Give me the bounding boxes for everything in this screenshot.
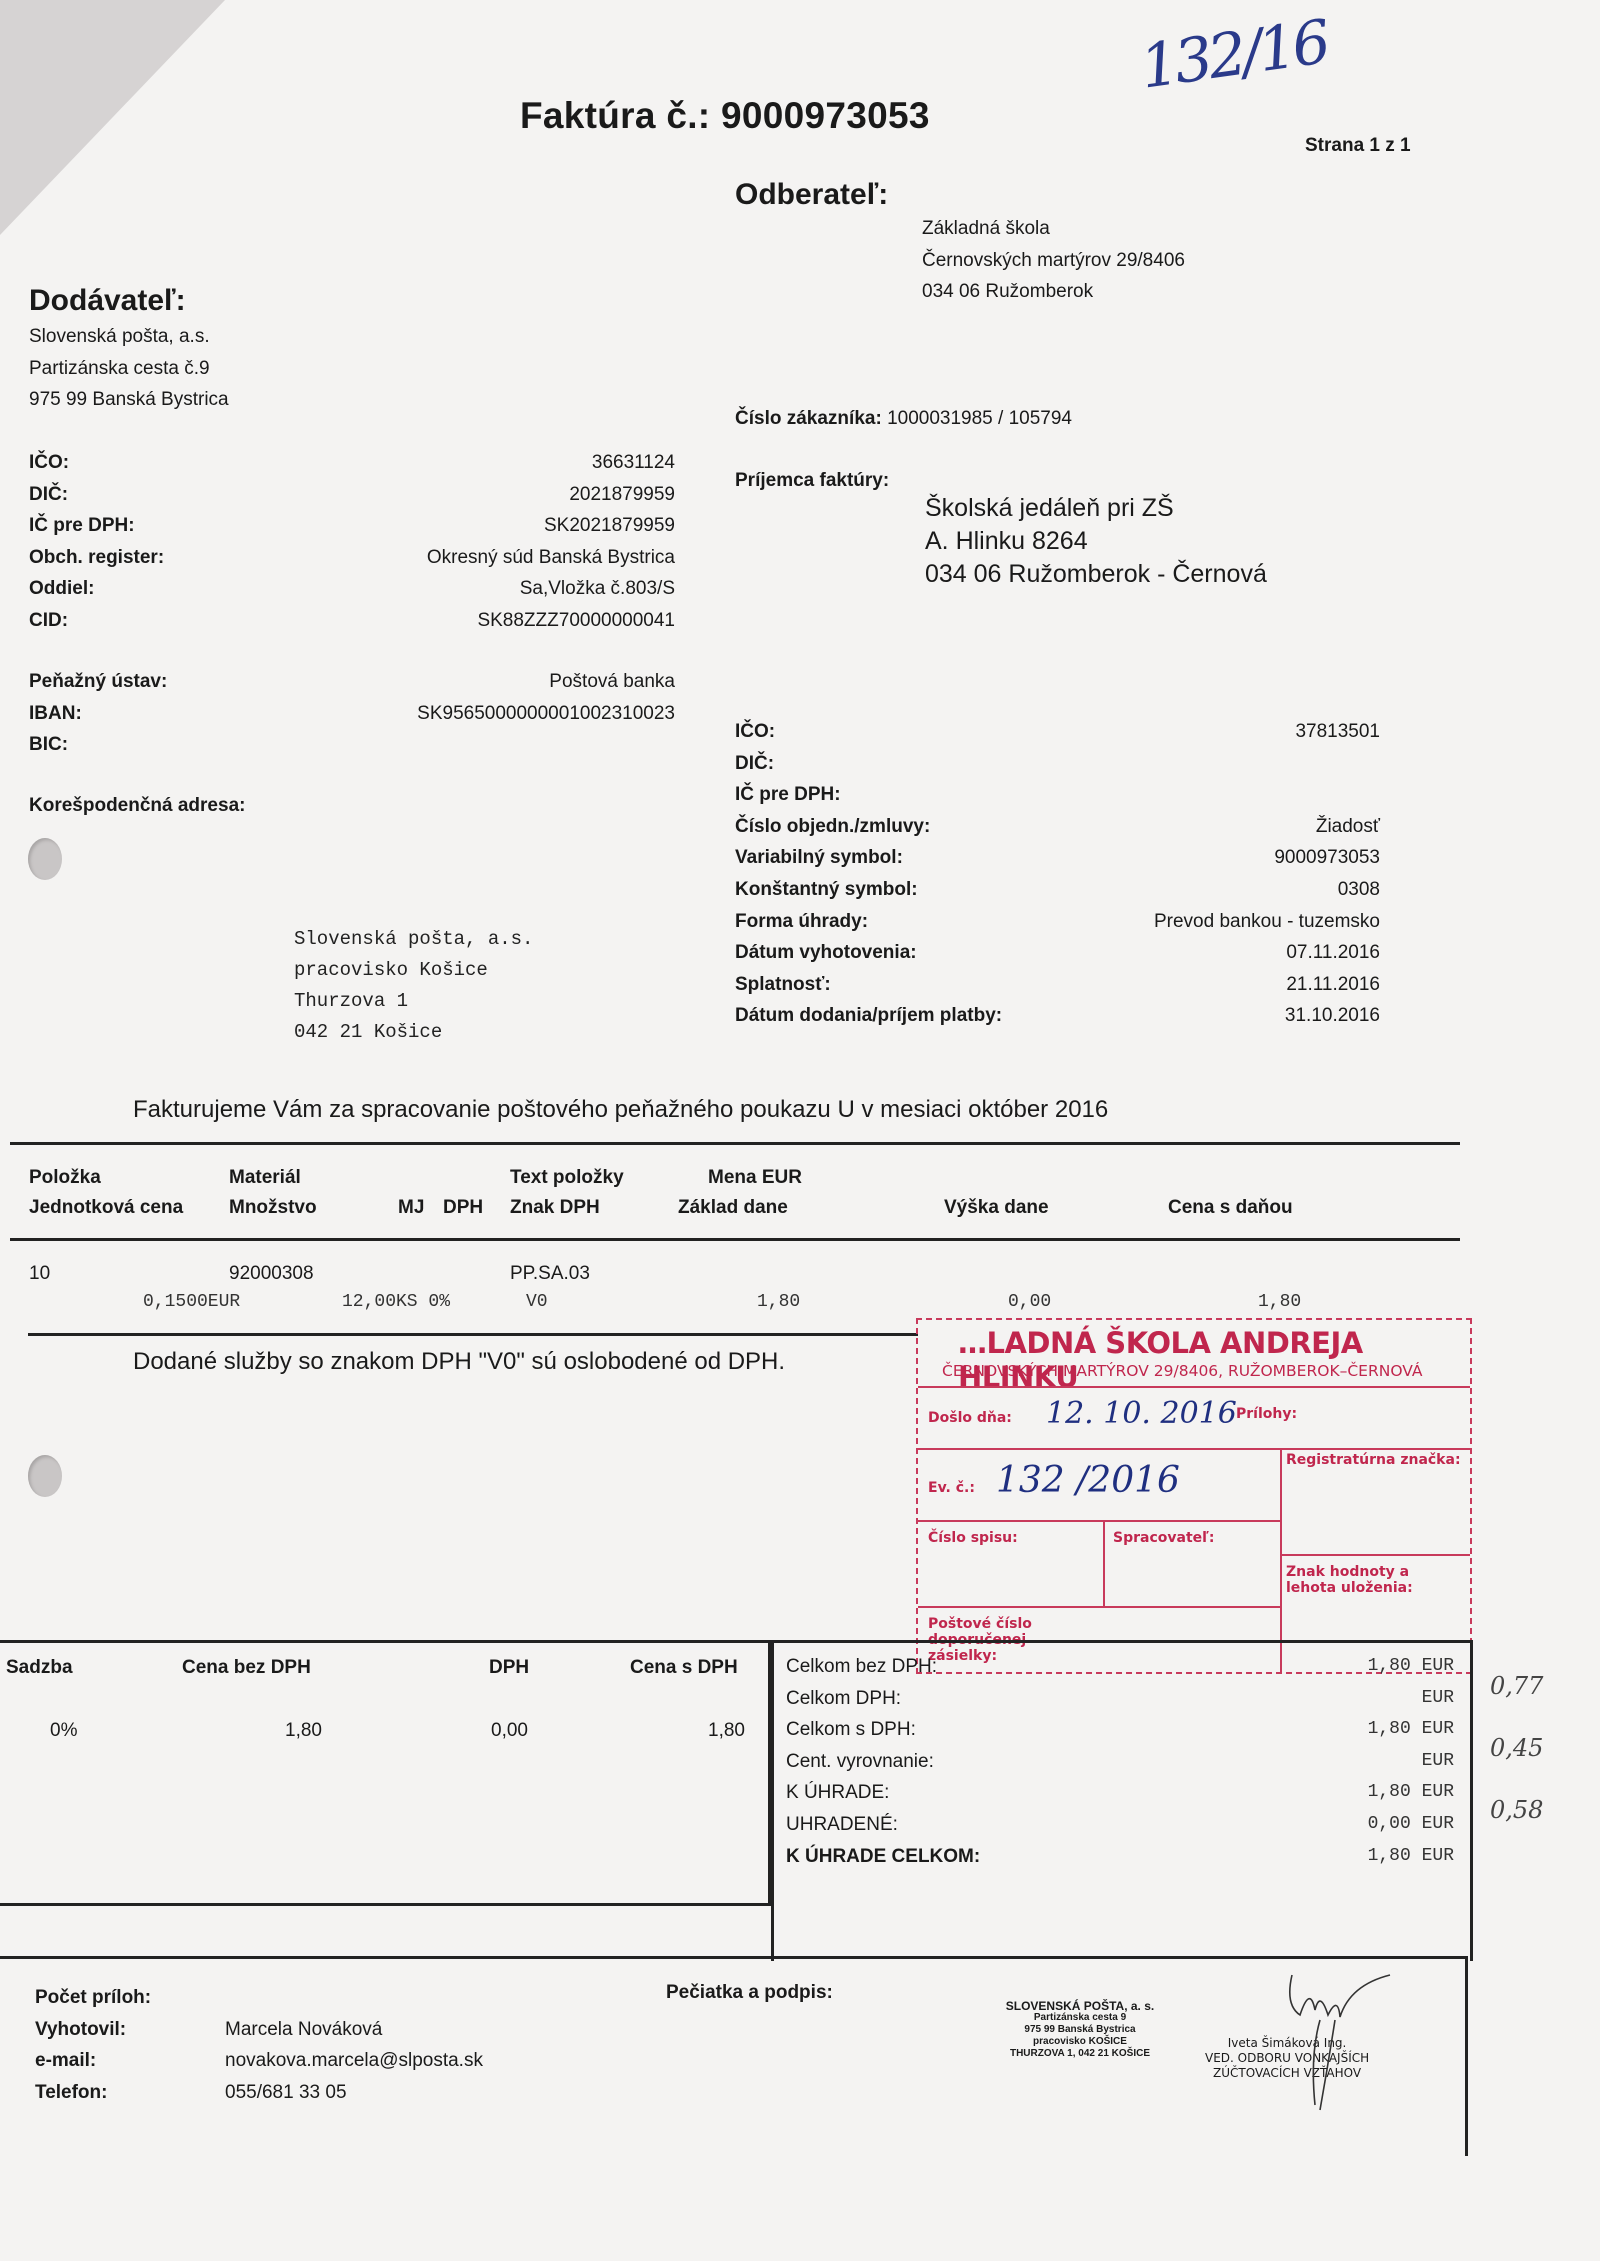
col-header-item: Položka [29, 1167, 101, 1189]
cell-unit-price: 0,1500EUR [143, 1292, 240, 1312]
totals-value: EUR [1422, 1683, 1454, 1715]
recipient-line: A. Hlinku 8264 [925, 525, 1267, 558]
page-indicator: Strana 1 z 1 [1305, 135, 1411, 157]
stamp-address: ČERNOVSKÝCH MARTÝROV 29/8406, RUŽOMBEROK… [942, 1362, 1423, 1380]
seal-line: Partizánska cesta 9 [1000, 2012, 1160, 2024]
totals-row: Cent. vyrovnanie:EUR [786, 1746, 1454, 1778]
supplier-field: DIČ:2021879959 [29, 479, 675, 511]
invoice-title: Faktúra č.: 9000973053 [520, 95, 930, 137]
supplier-field: Oddiel:Sa,Vložka č.803/S [29, 573, 675, 605]
stamp-value-mark-label: Znak hodnoty a lehota uloženia: [1286, 1564, 1456, 1596]
totals-label: UHRADENÉ: [786, 1809, 898, 1841]
seal-line: THURZOVA 1, 042 21 KOŠICE [1000, 2048, 1160, 2060]
stamp-registry-mark-label: Registratúrna značka: [1286, 1452, 1461, 1468]
totals-value: 1,80 EUR [1368, 1841, 1454, 1873]
totals-value: 0,00 EUR [1368, 1809, 1454, 1841]
bank-field: IBAN:SK9565000000001002310023 [29, 698, 675, 730]
vat-cell-vat: 0,00 [491, 1720, 528, 1742]
totals-value: 1,80 EUR [1368, 1777, 1454, 1809]
margin-note: 0,45 [1490, 1717, 1543, 1779]
correspondence-line: Thurzova 1 [294, 986, 533, 1017]
registry-stamp: …LADNÁ ŠKOLA ANDREJA HLINKU ČERNOVSKÝCH … [916, 1318, 1472, 1674]
col-header-tax-base: Základ dane [678, 1197, 788, 1219]
divider [10, 1238, 1460, 1241]
divider [0, 1956, 1468, 1959]
totals-label: Celkom bez DPH: [786, 1651, 937, 1683]
punch-hole [28, 1455, 62, 1497]
cell-quantity: 12,00KS 0% [342, 1292, 450, 1312]
bank-field: Peňažný ústav:Poštová banka [29, 666, 675, 698]
vat-col-rate: Sadzba [6, 1657, 73, 1679]
totals-row: Celkom DPH:EUR [786, 1683, 1454, 1715]
totals-value: 1,80 EUR [1368, 1651, 1454, 1683]
col-header-unit-price: Jednotková cena [29, 1197, 183, 1219]
stamp-ev-label: Ev. č.: [928, 1480, 975, 1496]
stamp-received-date: 12. 10. 2016 [1046, 1396, 1237, 1431]
punch-hole [28, 838, 62, 880]
correspondence-line: pracovisko Košice [294, 955, 533, 986]
cell-tax-base: 1,80 [757, 1292, 800, 1312]
totals-row: UHRADENÉ:0,00 EUR [786, 1809, 1454, 1841]
vat-col-net: Cena bez DPH [182, 1657, 311, 1679]
customer-field: IČ pre DPH: [735, 779, 1380, 811]
cell-tax-amount: 0,00 [1008, 1292, 1051, 1312]
vat-summary-box [0, 1640, 771, 1906]
col-header-currency: Mena EUR [708, 1167, 802, 1189]
supplier-field: CID:SK88ZZZ70000000041 [29, 605, 675, 637]
customer-field: Splatnosť:21.11.2016 [735, 969, 1380, 1001]
handwritten-registry-number: 132/16 [1136, 7, 1331, 102]
footer-field: Vyhotovil:Marcela Nováková [35, 2014, 483, 2046]
correspondence-address: Slovenská pošta, a.s. pracovisko Košice … [294, 924, 533, 1048]
customer-number: Číslo zákazníka: 1000031985 / 105794 [735, 408, 1072, 430]
supplier-address-line: 975 99 Banská Bystrica [29, 384, 229, 416]
recipient-line: 034 06 Ružomberok - Černová [925, 558, 1267, 591]
stamp-processor-label: Spracovateľ: [1113, 1530, 1214, 1546]
customer-address-line: Základná škola [922, 213, 1185, 245]
vat-col-gross: Cena s DPH [630, 1657, 738, 1679]
totals-label: Celkom s DPH: [786, 1714, 916, 1746]
margin-note: 0,58 [1490, 1779, 1543, 1841]
stamp-received-label: Došlo dňa: [928, 1410, 1012, 1426]
correspondence-line: Slovenská pošta, a.s. [294, 924, 533, 955]
col-header-material: Materiál [229, 1167, 301, 1189]
col-header-unit: MJ [398, 1197, 424, 1219]
intro-text: Fakturujeme Vám za spracovanie poštového… [133, 1096, 1108, 1124]
company-seal: SLOVENSKÁ POŠTA, a. s. Partizánska cesta… [1000, 2000, 1160, 2060]
customer-field: IČO:37813501 [735, 716, 1380, 748]
totals-label: K ÚHRADE: [786, 1777, 889, 1809]
col-header-vat-code: Znak DPH [510, 1197, 600, 1219]
margin-note: 0,77 [1490, 1655, 1543, 1717]
totals-label: Celkom DPH: [786, 1683, 901, 1715]
totals-row: Celkom s DPH:1,80 EUR [786, 1714, 1454, 1746]
vat-cell-gross: 1,80 [708, 1720, 745, 1742]
col-header-vat: DPH [443, 1197, 483, 1219]
customer-field: Konštantný symbol:0308 [735, 874, 1380, 906]
vat-cell-rate: 0% [50, 1720, 77, 1742]
recipient-label: Príjemca faktúry: [735, 470, 889, 492]
totals-row: K ÚHRADE CELKOM:1,80 EUR [786, 1841, 1454, 1873]
supplier-bank-fields: Peňažný ústav:Poštová banka IBAN:SK95650… [29, 666, 675, 761]
col-header-tax-amount: Výška dane [944, 1197, 1049, 1219]
customer-field: Forma úhrady:Prevod bankou - tuzemsko [735, 906, 1380, 938]
vat-cell-net: 1,80 [285, 1720, 322, 1742]
cell-vat-code: V0 [526, 1292, 548, 1312]
customer-heading: Odberateľ: [735, 178, 888, 212]
footer-fields: Počet príloh: Vyhotovil:Marcela Nováková… [35, 1982, 483, 2108]
stamp-file-no-label: Číslo spisu: [928, 1530, 1018, 1546]
invoice-recipient: Školská jedáleň pri ZŠ A. Hlinku 8264 03… [925, 492, 1267, 591]
recipient-line: Školská jedáleň pri ZŠ [925, 492, 1267, 525]
customer-field: Dátum vyhotovenia:07.11.2016 [735, 937, 1380, 969]
cell-price-with-tax: 1,80 [1258, 1292, 1301, 1312]
folded-corner [0, 0, 225, 235]
correspondence-heading: Korešpodenčná adresa: [29, 795, 245, 817]
totals-label: K ÚHRADE CELKOM: [786, 1841, 980, 1873]
stamp-attachments-label: Prílohy: [1236, 1406, 1297, 1422]
totals-row: K ÚHRADE:1,80 EUR [786, 1777, 1454, 1809]
seal-line: pracovisko KOŠICE [1000, 2036, 1160, 2048]
seal-line: SLOVENSKÁ POŠTA, a. s. [1000, 2000, 1160, 2012]
customer-field: Číslo objedn./zmluvy:Žiadosť [735, 811, 1380, 843]
totals-value: 1,80 EUR [1368, 1714, 1454, 1746]
divider [10, 1142, 1460, 1145]
vat-col-vat: DPH [489, 1657, 529, 1679]
stamp-signature-label: Pečiatka a podpis: [666, 1982, 833, 2004]
supplier-field: Obch. register:Okresný súd Banská Bystri… [29, 542, 675, 574]
stamp-school-name: …LADNÁ ŠKOLA ANDREJA HLINKU [958, 1326, 1470, 1394]
supplier-address-line: Slovenská pošta, a.s. [29, 321, 229, 353]
vat-note: Dodané služby so znakom DPH "V0" sú oslo… [133, 1348, 785, 1376]
supplier-heading: Dodávateľ: [29, 284, 186, 318]
bank-field: BIC: [29, 729, 675, 761]
footer-field: Telefon:055/681 33 05 [35, 2077, 483, 2109]
totals-row: Celkom bez DPH:1,80 EUR [786, 1651, 1454, 1683]
customer-address: Základná škola Černovských martýrov 29/8… [922, 213, 1185, 308]
supplier-address-line: Partizánska cesta č.9 [29, 353, 229, 385]
supplier-field: IČO:36631124 [29, 447, 675, 479]
customer-field: Dátum dodania/príjem platby:31.10.2016 [735, 1000, 1380, 1032]
supplier-address: Slovenská pošta, a.s. Partizánska cesta … [29, 321, 229, 416]
totals-label: Cent. vyrovnanie: [786, 1746, 934, 1778]
footer-field: Počet príloh: [35, 1982, 483, 2014]
handwritten-margin-notes: 0,77 0,45 0,58 [1490, 1655, 1543, 1841]
customer-fields: IČO:37813501 DIČ: IČ pre DPH: Číslo obje… [735, 716, 1380, 1032]
supplier-field: IČ pre DPH:SK2021879959 [29, 510, 675, 542]
divider [28, 1333, 918, 1336]
customer-field: DIČ: [735, 748, 1380, 780]
signature-scribble [1280, 1965, 1410, 2115]
footer-border [1465, 1956, 1468, 2156]
cell-material: 92000308 [229, 1263, 314, 1285]
cell-item: 10 [29, 1263, 50, 1285]
supplier-fields: IČO:36631124 DIČ:2021879959 IČ pre DPH:S… [29, 447, 675, 637]
totals-value: EUR [1422, 1746, 1454, 1778]
customer-address-line: Černovských martýrov 29/8406 [922, 245, 1185, 277]
col-header-text: Text položky [510, 1167, 624, 1189]
footer-field: e-mail:novakova.marcela@slposta.sk [35, 2045, 483, 2077]
customer-field: Variabilný symbol:9000973053 [735, 842, 1380, 874]
seal-line: 975 99 Banská Bystrica [1000, 2024, 1160, 2036]
col-header-price-with-tax: Cena s daňou [1168, 1197, 1293, 1219]
customer-address-line: 034 06 Ružomberok [922, 276, 1185, 308]
correspondence-line: 042 21 Košice [294, 1017, 533, 1048]
col-header-quantity: Množstvo [229, 1197, 317, 1219]
cell-text: PP.SA.03 [510, 1263, 590, 1285]
stamp-ev-number: 132 /2016 [996, 1460, 1180, 1501]
totals-list: Celkom bez DPH:1,80 EURCelkom DPH:EURCel… [786, 1651, 1454, 1872]
